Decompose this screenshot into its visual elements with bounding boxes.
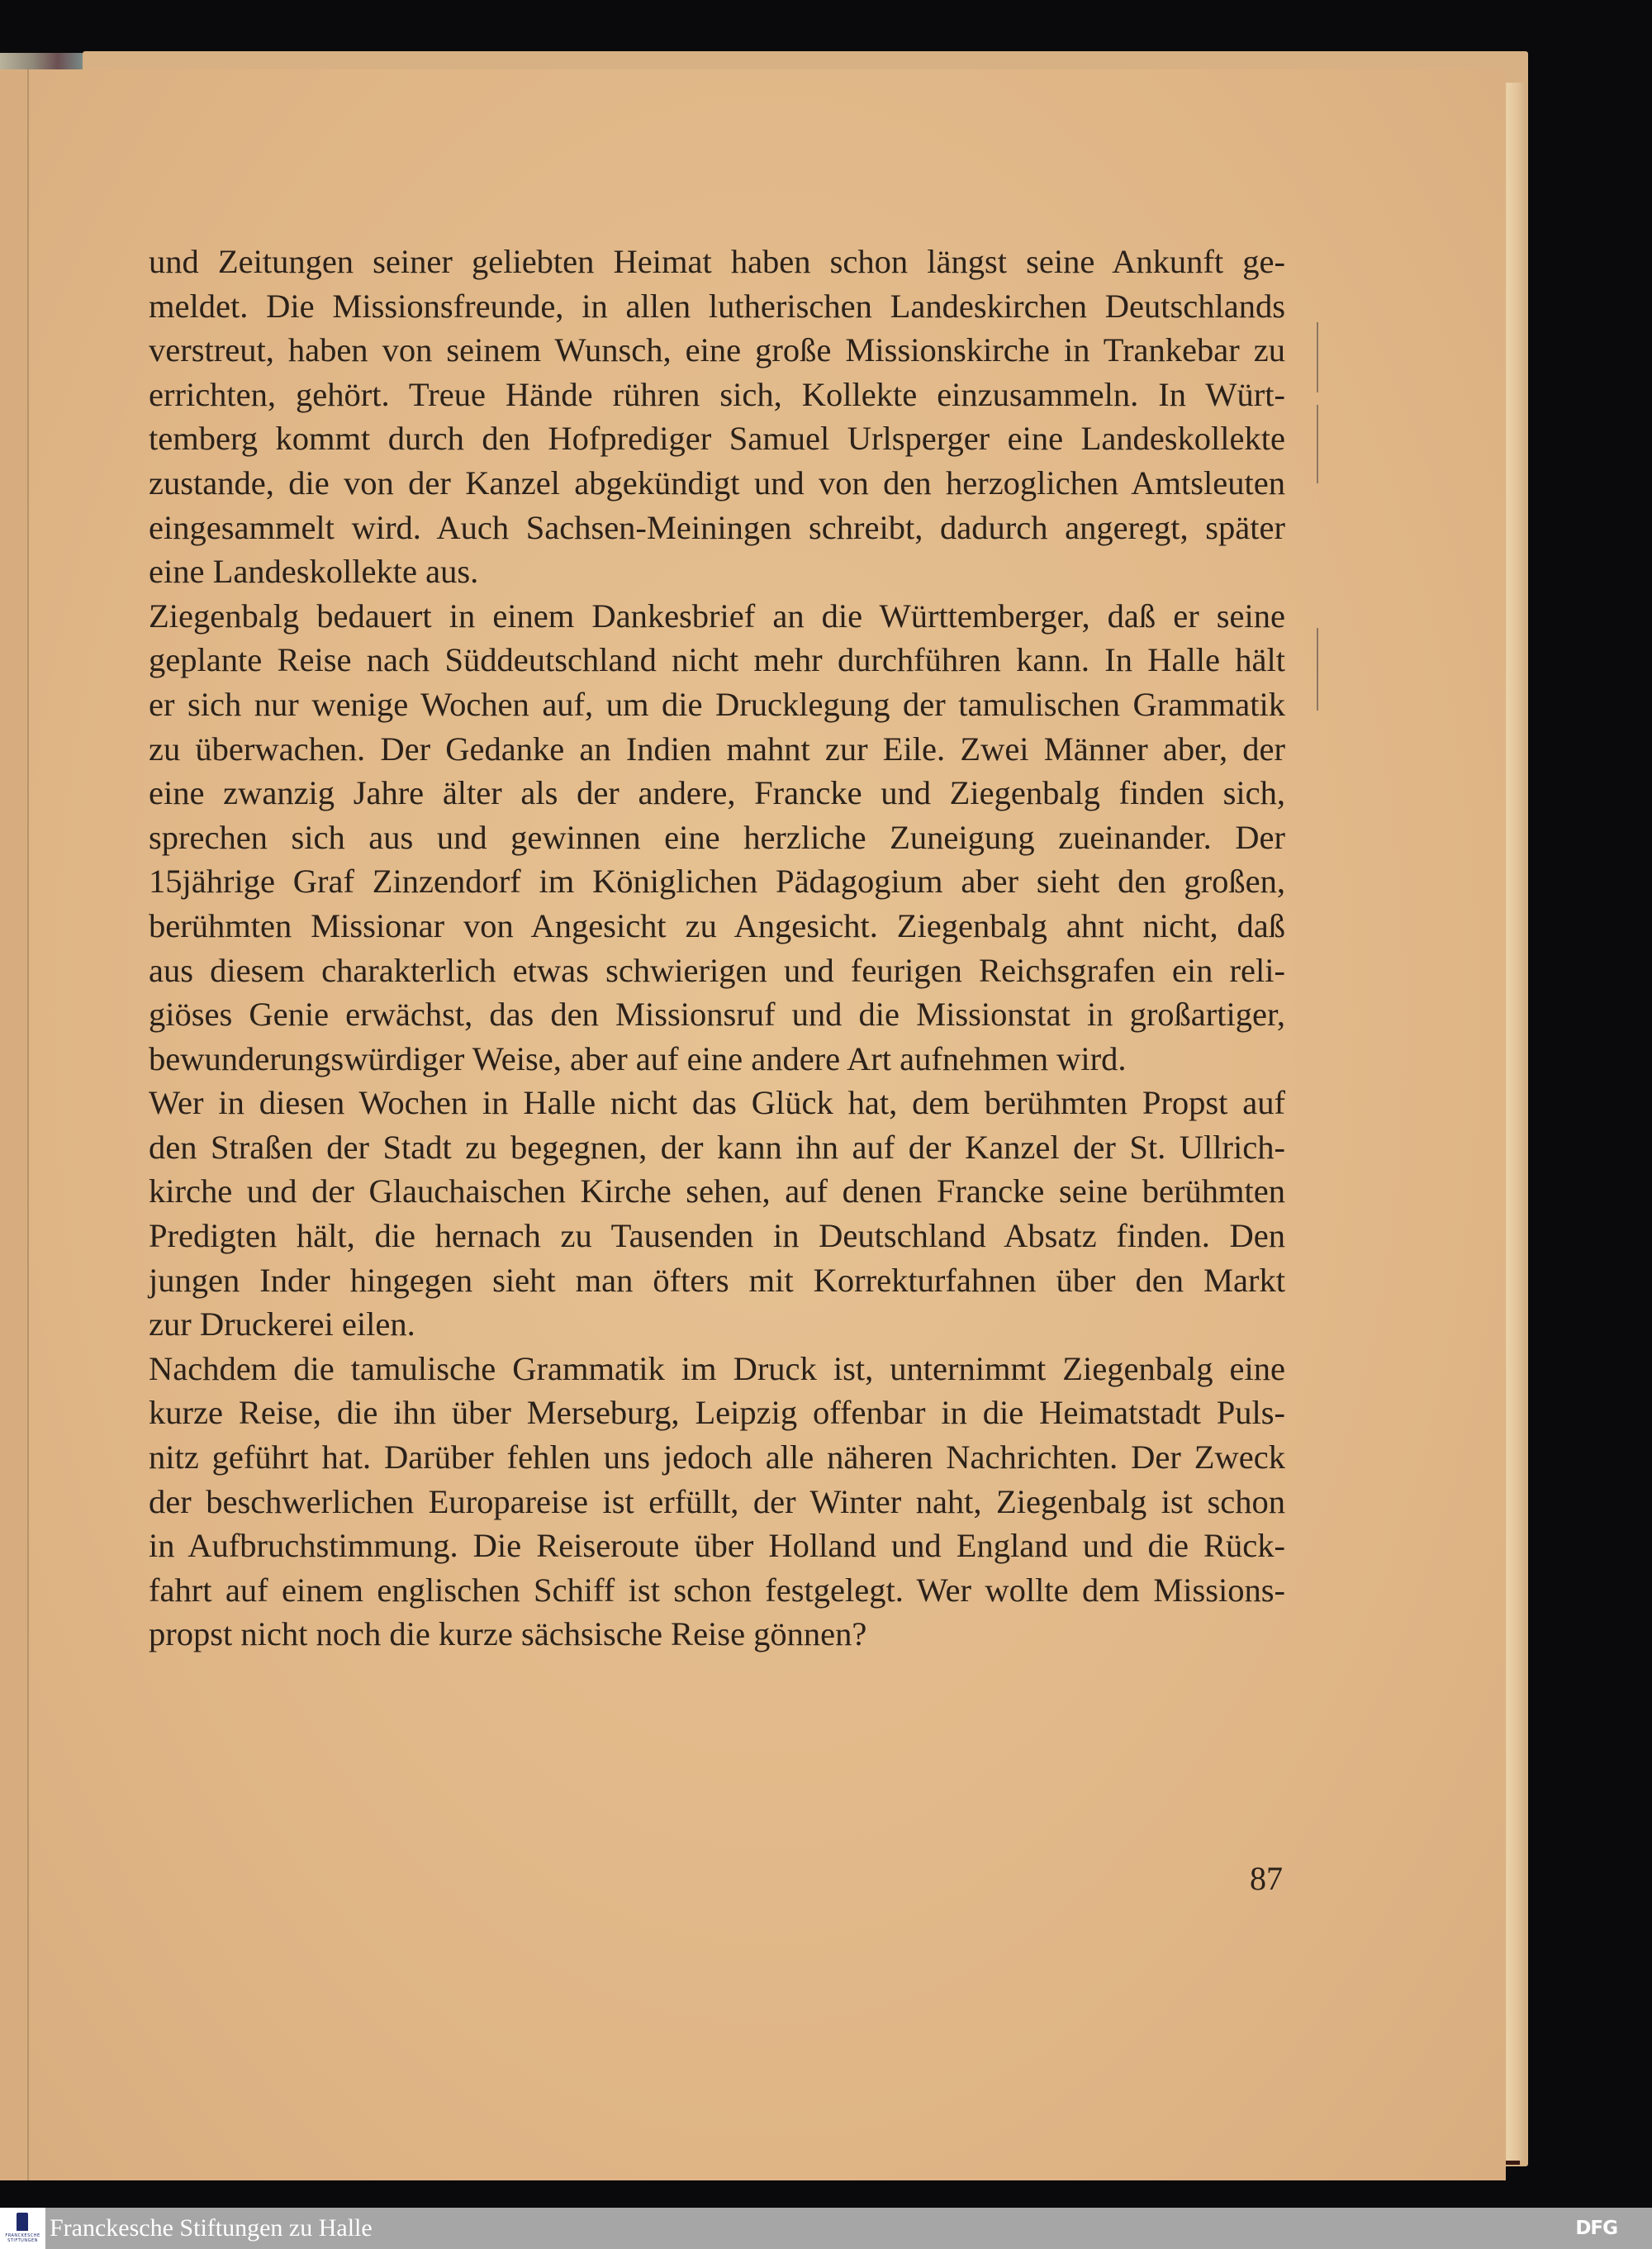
paragraph: Wer in diesen Wochen in Halle nicht das … [149, 1081, 1285, 1347]
text-line: errichten, gehört. Treue Hände rühren si… [149, 373, 1285, 417]
text-line: er sich nur wenige Wochen auf, um die Dr… [149, 682, 1285, 727]
institution-name: Franckesche Stiftungen zu Halle [50, 2214, 373, 2242]
text-line: geplante Reise nach Süddeutschland nicht… [149, 638, 1285, 682]
text-line: verstreut, haben von seinem Wunsch, eine… [149, 328, 1285, 373]
paragraph: Ziegenbalg bedauert in einem Dankesbrief… [149, 594, 1285, 1082]
text-line: eingesammelt wird. Auch Sachsen-Meininge… [149, 506, 1285, 550]
text-line: sprechen sich aus und gewinnen eine herz… [149, 815, 1285, 860]
text-line: kurze Reise, die ihn über Merseburg, Lei… [149, 1391, 1285, 1435]
text-line: bewunderungswürdiger Weise, aber auf ein… [149, 1037, 1285, 1082]
text-line: Nachdem die tamulische Grammatik im Druc… [149, 1347, 1285, 1391]
pencil-mark [1317, 628, 1318, 711]
page-number: 87 [1250, 1859, 1283, 1898]
text-line: in Aufbruchstimmung. Die Reiseroute über… [149, 1524, 1285, 1568]
text-line: der beschwerlichen Europareise ist erfül… [149, 1480, 1285, 1524]
text-line: zur Druckerei eilen. [149, 1302, 1285, 1347]
pencil-mark [1317, 322, 1318, 392]
text-line: zu überwachen. Der Gedanke an Indien mah… [149, 727, 1285, 772]
text-line: zustande, die von der Kanzel abgekündigt… [149, 461, 1285, 506]
text-line: berühmten Missionar von Angesicht zu Ang… [149, 904, 1285, 949]
institution-logo-text: FRANCKESCHE STIFTUNGEN [2, 2233, 44, 2243]
text-line: eine zwanzig Jahre älter als der andere,… [149, 771, 1285, 815]
page-gutter [0, 69, 29, 2180]
text-line: nitz geführt hat. Darüber fehlen uns jed… [149, 1435, 1285, 1480]
text-line: Wer in diesen Wochen in Halle nicht das … [149, 1081, 1285, 1125]
text-line: den Straßen der Stadt zu begegnen, der k… [149, 1125, 1285, 1170]
text-line: temberg kommt durch den Hofprediger Samu… [149, 416, 1285, 461]
text-line: kirche und der Glauchaischen Kirche sehe… [149, 1169, 1285, 1214]
text-line: 15jährige Graf Zinzendorf im Königlichen… [149, 859, 1285, 904]
paragraph: Nachdem die tamulische Grammatik im Druc… [149, 1347, 1285, 1657]
text-line: jungen Inder hingegen sieht man öfters m… [149, 1258, 1285, 1303]
paragraph: und Zeitungen seiner geliebten Heimat ha… [149, 240, 1285, 594]
text-line: eine Landeskollekte aus. [149, 549, 1285, 594]
text-line: meldet. Die Missionsfreunde, in allen lu… [149, 284, 1285, 329]
text-line: aus diesem charakterlich etwas schwierig… [149, 949, 1285, 993]
text-line: fahrt auf einem englischen Schiff ist sc… [149, 1568, 1285, 1613]
logo-text-line: STIFTUNGEN [2, 2238, 44, 2243]
pencil-mark [1317, 405, 1318, 483]
footer-bar: FRANCKESCHE STIFTUNGEN Franckesche Stift… [0, 2208, 1652, 2249]
text-line: Ziegenbalg bedauert in einem Dankesbrief… [149, 594, 1285, 639]
text-line: giöses Genie erwächst, das den Missionsr… [149, 992, 1285, 1037]
text-line: propst nicht noch die kurze sächsische R… [149, 1612, 1285, 1657]
text-line: Predigten hält, die hernach zu Tausenden… [149, 1214, 1285, 1258]
text-line: und Zeitungen seiner geliebten Heimat ha… [149, 240, 1285, 284]
institution-logo[interactable]: FRANCKESCHE STIFTUNGEN [0, 2208, 45, 2249]
dfg-logo[interactable]: DFG [1575, 2218, 1617, 2239]
body-text: und Zeitungen seiner geliebten Heimat ha… [149, 240, 1285, 1657]
binding-thread [0, 53, 83, 71]
figure-icon [17, 2213, 28, 2231]
